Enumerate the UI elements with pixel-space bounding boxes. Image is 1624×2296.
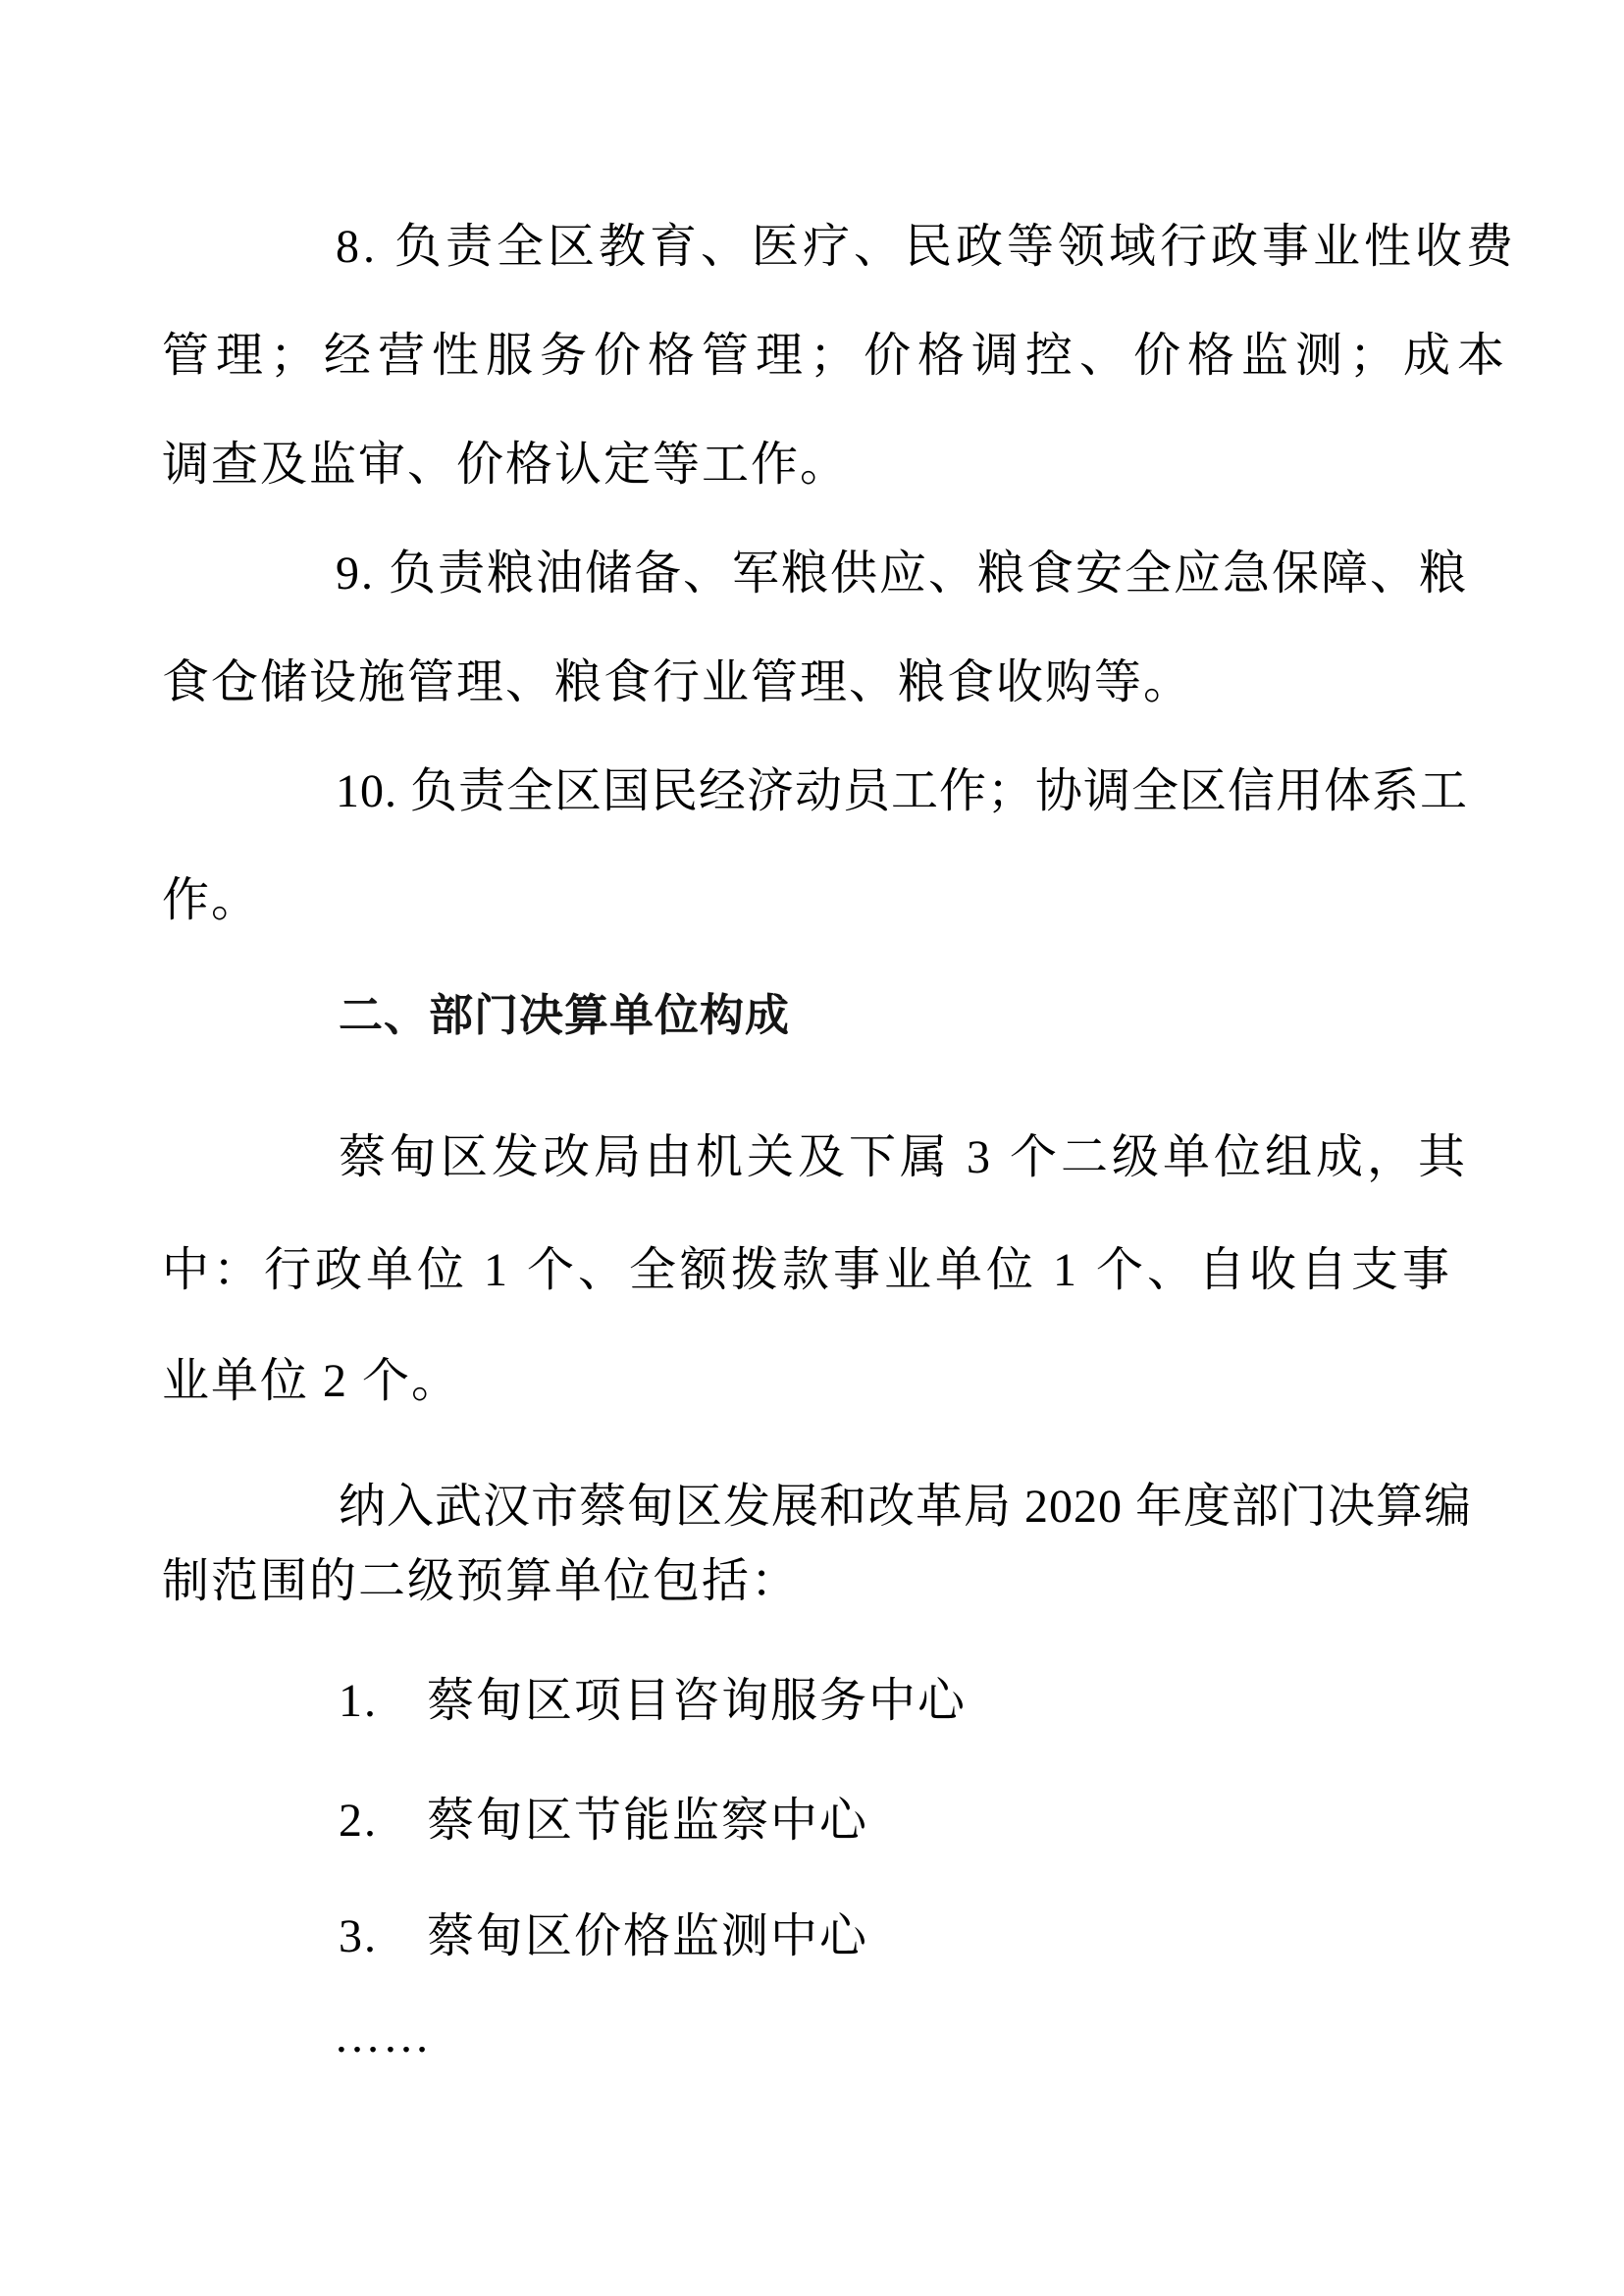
duty-item-9-line-2: 食仓储设施管理、粮食行业管理、粮食收购等。	[162, 659, 1192, 706]
unit-list-item-3: 3. 蔡甸区价格监测中心	[339, 1913, 868, 1960]
unit-list-item-1: 1. 蔡甸区项目咨询服务中心	[339, 1678, 967, 1725]
composition-para-1-line-2: 中：行政单位 1 个、全额拨款事业单位 1 个、自收自支事	[162, 1247, 1453, 1294]
section-heading: 二、部门决算单位构成	[339, 993, 790, 1037]
duty-item-8-line-2: 管理；经营性服务价格管理；价格调控、价格监测；成本	[162, 333, 1511, 380]
duty-item-10-line-2: 作。	[162, 877, 260, 924]
unit-list-item-2: 2. 蔡甸区节能监察中心	[339, 1798, 868, 1845]
duty-item-8-line-3: 调查及监审、价格认定等工作。	[162, 442, 849, 489]
composition-para-2-line-1: 纳入武汉市蔡甸区发展和改革局 2020 年度部门决算编	[339, 1484, 1472, 1531]
duty-item-8-line-1: 8. 负责全区教育、医疗、民政等领域行政事业性收费	[336, 224, 1517, 271]
document-page: 8. 负责全区教育、医疗、民政等领域行政事业性收费 管理；经营性服务价格管理；价…	[0, 0, 1624, 2296]
composition-para-1-line-1: 蔡甸区发改局由机关及下属 3 个二级单位组成，其	[339, 1134, 1469, 1181]
ellipsis-line: ……	[334, 2013, 432, 2061]
composition-para-2-line-2: 制范围的二级预算单位包括：	[162, 1558, 800, 1605]
composition-para-1-line-3: 业单位 2 个。	[162, 1358, 460, 1405]
duty-item-10-line-1: 10. 负责全区国民经济动员工作；协调全区信用体系工	[336, 768, 1468, 815]
duty-item-9-line-1: 9. 负责粮油储备、军粮供应、粮食安全应急保障、粮	[336, 550, 1468, 598]
